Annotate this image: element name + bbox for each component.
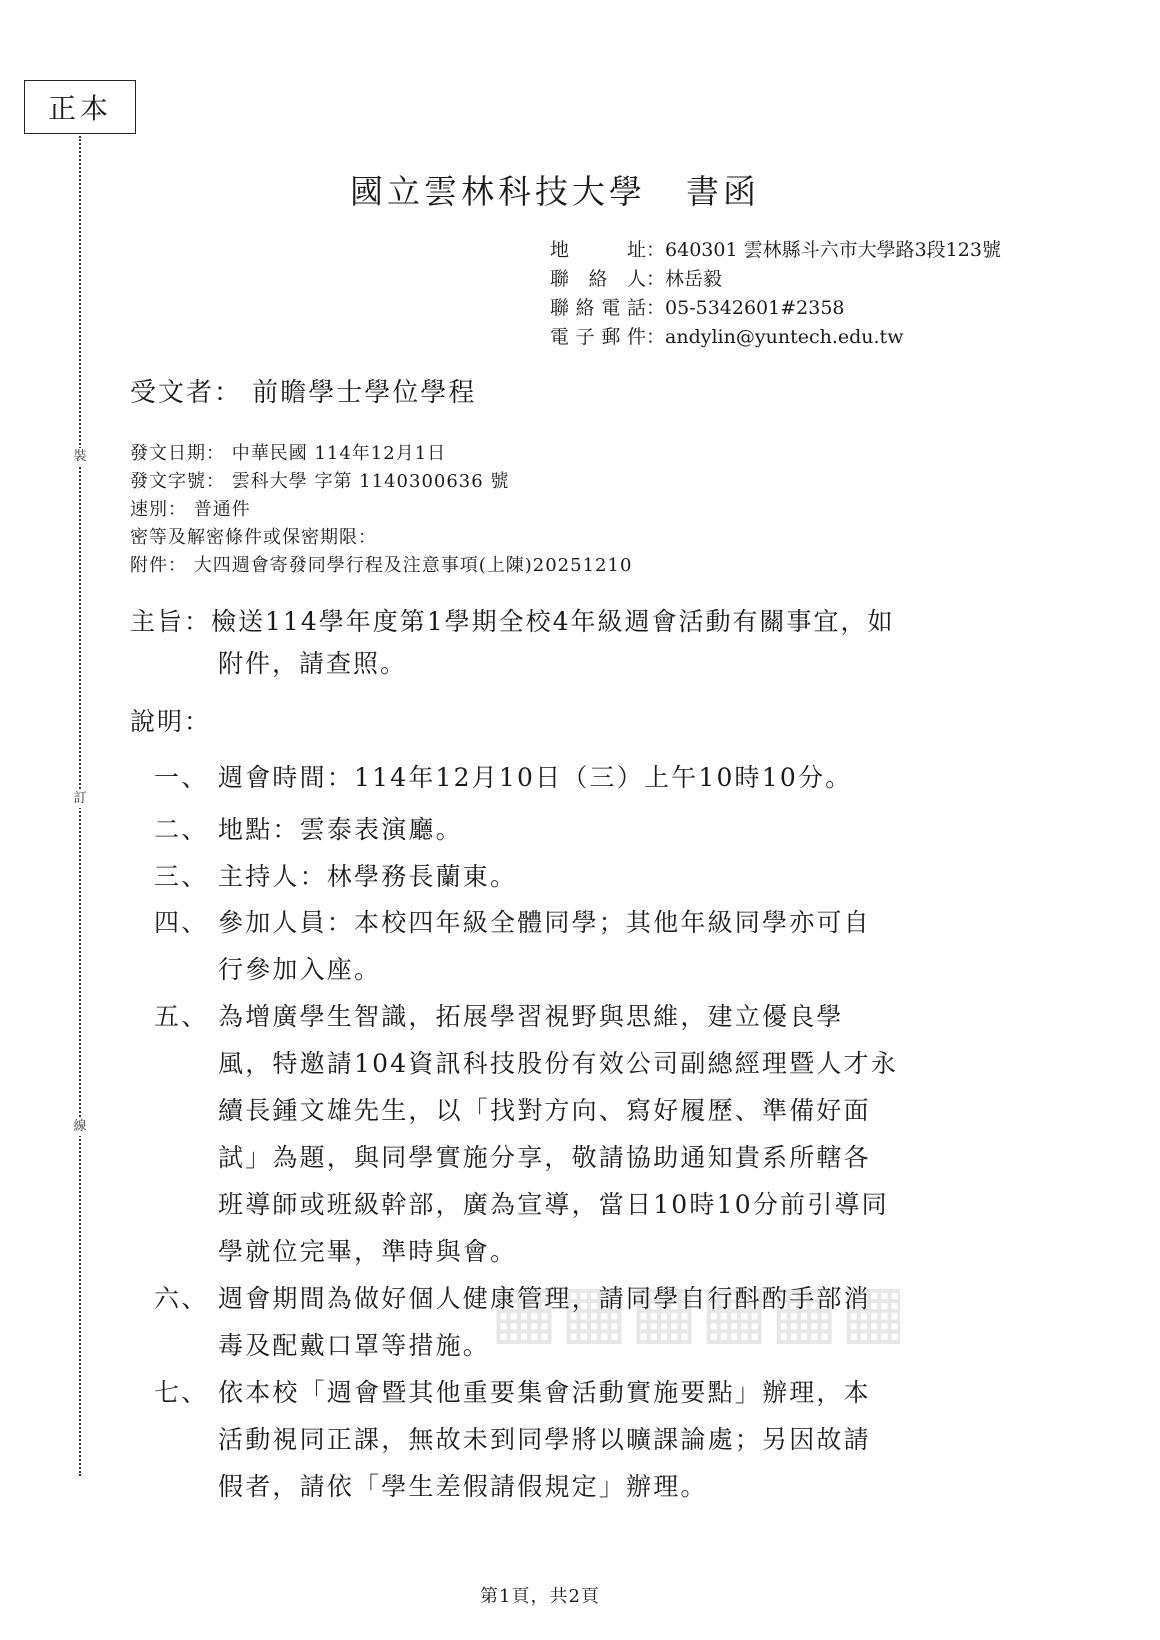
issue-number: 發文字號： 雲科大學 字第 1140300636 號 xyxy=(130,468,509,495)
contact-value: andylin@yuntech.edu.tw xyxy=(665,326,903,348)
meta-label: 密等及解密條件或保密期限： xyxy=(130,527,377,548)
urgency: 速別： 普通件 xyxy=(130,496,251,523)
subject-label: 主旨： xyxy=(130,607,211,636)
contact-person: 聯絡人：林岳毅 xyxy=(550,265,722,294)
contact-email: 電子郵件：andylin@yuntech.edu.tw xyxy=(550,323,903,352)
item-line: 主持人：林學務長蘭東。 xyxy=(218,857,517,893)
subject: 主旨：檢送114學年度第1學期全校4年級週會活動有關事宜，如 xyxy=(130,600,895,644)
item-line: 週會期間為做好個人健康管理，請同學自行酙酌手部消 xyxy=(218,1279,871,1315)
contact-label: 聯絡電話 xyxy=(550,294,646,323)
subject-line: 檢送114學年度第1學期全校4年級週會活動有關事宜，如 xyxy=(211,607,895,636)
item-number: 五、 xyxy=(154,997,208,1033)
meta-label: 發文日期： xyxy=(130,443,225,464)
item-line: 週會時間：114年12月10日（三）上午10時10分。 xyxy=(218,758,852,794)
item-number: 七、 xyxy=(154,1373,208,1409)
recipient: 受文者： 前瞻學士學位學程 xyxy=(130,372,476,409)
item-line: 毒及配戴口罩等措施。 xyxy=(218,1326,490,1362)
item-line: 續長鍾文雄先生，以「找對方向、寫好履歷、準備好面 xyxy=(218,1091,871,1127)
original-copy-stamp: 正本 xyxy=(24,80,136,134)
item-line: 依本校「週會暨其他重要集會活動實施要點」辦理，本 xyxy=(218,1373,871,1409)
item-line: 地點：雲泰表演廳。 xyxy=(218,810,463,846)
meta-value: 中華民國 114年12月1日 xyxy=(232,443,446,464)
issue-date: 發文日期： 中華民國 114年12月1日 xyxy=(130,440,446,467)
contact-phone: 聯絡電話：05-5342601#2358 xyxy=(550,294,845,323)
binding-mark-ding: 訂 xyxy=(70,790,90,808)
item-line: 為增廣學生智識，拓展學習視野與思維，建立優良學 xyxy=(218,997,844,1033)
contact-value: 林岳毅 xyxy=(665,268,722,290)
page-indicator: 第1頁，共2頁 xyxy=(480,1582,600,1608)
item-number: 六、 xyxy=(154,1279,208,1315)
contact-value: 05-5342601#2358 xyxy=(665,297,845,319)
item-number: 四、 xyxy=(154,903,208,939)
item-line: 試」為題，與同學實施分享，敬請協助通知貴系所轄各 xyxy=(218,1138,871,1174)
meta-value: 雲科大學 字第 1140300636 號 xyxy=(232,471,510,492)
meta-label: 附件： xyxy=(130,555,187,576)
contact-address: 地 址：640301 雲林縣斗六市大學路3段123號 xyxy=(550,236,1001,265)
issuing-organization: 國立雲林科技大學 xyxy=(350,172,646,211)
description-label: 說明： xyxy=(130,702,211,738)
contact-label: 聯絡人 xyxy=(550,265,646,294)
contact-label: 地 址 xyxy=(550,236,646,265)
subject-line: 附件，請查照。 xyxy=(218,644,407,680)
attachment: 附件： 大四週會寄發同學行程及注意事項(上陳)20251210 xyxy=(130,552,632,579)
confidentiality: 密等及解密條件或保密期限： xyxy=(130,524,377,551)
document-title: 國立雲林科技大學書函 xyxy=(350,166,760,213)
meta-label: 速別： xyxy=(130,499,187,520)
recipient-value: 前瞻學士學位學程 xyxy=(252,378,476,408)
item-number: 三、 xyxy=(154,857,208,893)
original-copy-label: 正本 xyxy=(48,87,112,127)
meta-label: 發文字號： xyxy=(130,471,225,492)
binding-mark-zhuang: 裝 xyxy=(70,448,90,466)
item-number: 一、 xyxy=(154,758,208,794)
item-line: 班導師或班級幹部，廣為宣導，當日10時10分前引導同 xyxy=(218,1185,889,1221)
contact-label: 電子郵件 xyxy=(550,323,646,352)
item-line: 行參加入座。 xyxy=(218,950,381,986)
item-line: 參加人員：本校四年級全體同學；其他年級同學亦可自 xyxy=(218,903,871,939)
item-line: 假者，請依「學生差假請假規定」辦理。 xyxy=(218,1467,708,1503)
contact-value: 640301 雲林縣斗六市大學路3段123號 xyxy=(665,239,1001,261)
item-line: 活動視同正課，無故未到同學將以曠課論處；另因故請 xyxy=(218,1420,871,1456)
meta-value: 普通件 xyxy=(194,499,251,520)
recipient-label: 受文者： xyxy=(130,378,242,408)
document-type: 書函 xyxy=(686,172,760,211)
item-number: 二、 xyxy=(154,810,208,846)
binding-mark-xian: 線 xyxy=(70,1118,90,1136)
item-line: 風，特邀請104資訊科技股份有效公司副總經理暨人才永 xyxy=(218,1044,898,1080)
item-line: 學就位完畢，準時與會。 xyxy=(218,1232,517,1268)
attachment-link[interactable]: 大四週會寄發同學行程及注意事項(上陳)20251210 xyxy=(194,555,633,576)
